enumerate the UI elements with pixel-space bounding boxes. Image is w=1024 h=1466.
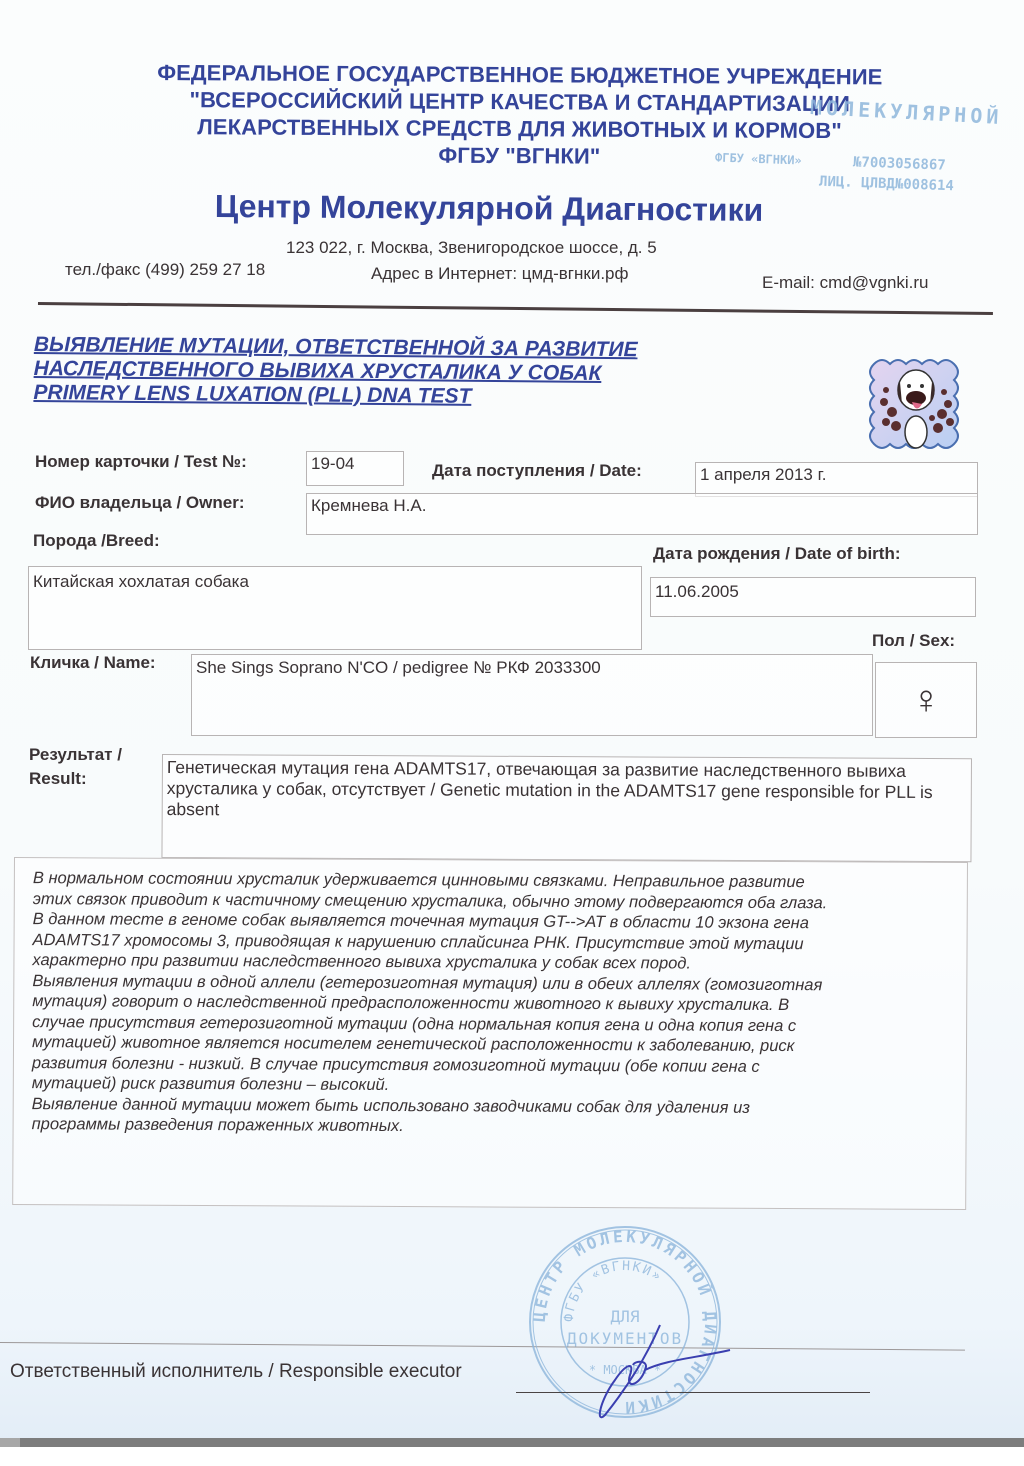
responsible-executor-label: Ответственный исполнитель / Responsible …: [10, 1361, 462, 1383]
date-received-field: 1 апреля 2013 г.: [695, 462, 978, 497]
stamp-line-1: МОЛЕКУЛЯРНОЙ: [810, 95, 1003, 129]
info-line: программы разведения пораженных животных…: [32, 1114, 962, 1139]
result-field: Генетическая мутация гена ADAMTS17, отве…: [161, 754, 972, 862]
breed-label: Порода /Breed:: [33, 531, 160, 551]
test-number-label: Номер карточки / Test №:: [35, 452, 247, 472]
header-divider: [38, 302, 993, 315]
result-label-ru: Результат /: [29, 745, 122, 765]
center-website: Адрес в Интернет: цмд-вгнки.рф: [371, 264, 629, 284]
date-of-birth-label: Дата рождения / Date of birth:: [653, 544, 901, 564]
document-page: ФЕДЕРАЛЬНОЕ ГОСУДАРСТВЕННОЕ БЮДЖЕТНОЕ УЧ…: [0, 0, 1024, 1440]
center-title: Центр Молекулярной Диагностики: [215, 188, 764, 229]
result-label-en: Result:: [29, 769, 87, 789]
date-received-label: Дата поступления / Date:: [432, 461, 642, 481]
stamp-line-4: ЛИЦ. ЦЛВД№008614: [819, 174, 954, 195]
female-sex-icon: ♀: [875, 662, 977, 738]
signature-icon: [585, 1320, 735, 1420]
date-of-birth-field: 11.06.2005: [650, 577, 976, 617]
dalmatian-logo-icon: [862, 350, 972, 458]
stamp-line-2: ФГБУ «ВГНКИ»: [715, 150, 802, 167]
center-address: 123 022, г. Москва, Звенигородское шоссе…: [286, 238, 657, 258]
center-email: E-mail: cmd@vgnki.ru: [762, 273, 929, 293]
test-number-field: 19-04: [306, 451, 404, 486]
name-field: She Sings Soprano N'CO / pedigree № РКФ …: [191, 654, 873, 736]
registration-stamp: МОЛЕКУЛЯРНОЙ ФГБУ «ВГНКИ» №7003056867 ЛИ…: [715, 100, 985, 200]
footer-divider: [0, 1342, 965, 1351]
horizontal-scrollbar[interactable]: [0, 1438, 1024, 1447]
breed-field: Китайская хохлатая собака: [28, 566, 642, 650]
sex-label: Пол / Sex:: [872, 631, 955, 651]
scrollbar-grip[interactable]: [0, 1438, 20, 1447]
stamp-line-3: №7003056867: [853, 154, 946, 173]
owner-label: ФИО владельца / Owner:: [35, 493, 245, 513]
center-phone: тел./факс (499) 259 27 18: [65, 260, 265, 280]
info-text: В нормальном состоянии хрусталик удержив…: [32, 868, 963, 1139]
info-box: В нормальном состоянии хрусталик удержив…: [12, 857, 968, 1210]
test-title: ВЫЯВЛЕНИЕ МУТАЦИИ, ОТВЕТСТВЕННОЙ ЗА РАЗВ…: [33, 333, 637, 410]
owner-field: Кремнева Н.А.: [306, 493, 978, 535]
name-label: Кличка / Name:: [30, 653, 156, 673]
